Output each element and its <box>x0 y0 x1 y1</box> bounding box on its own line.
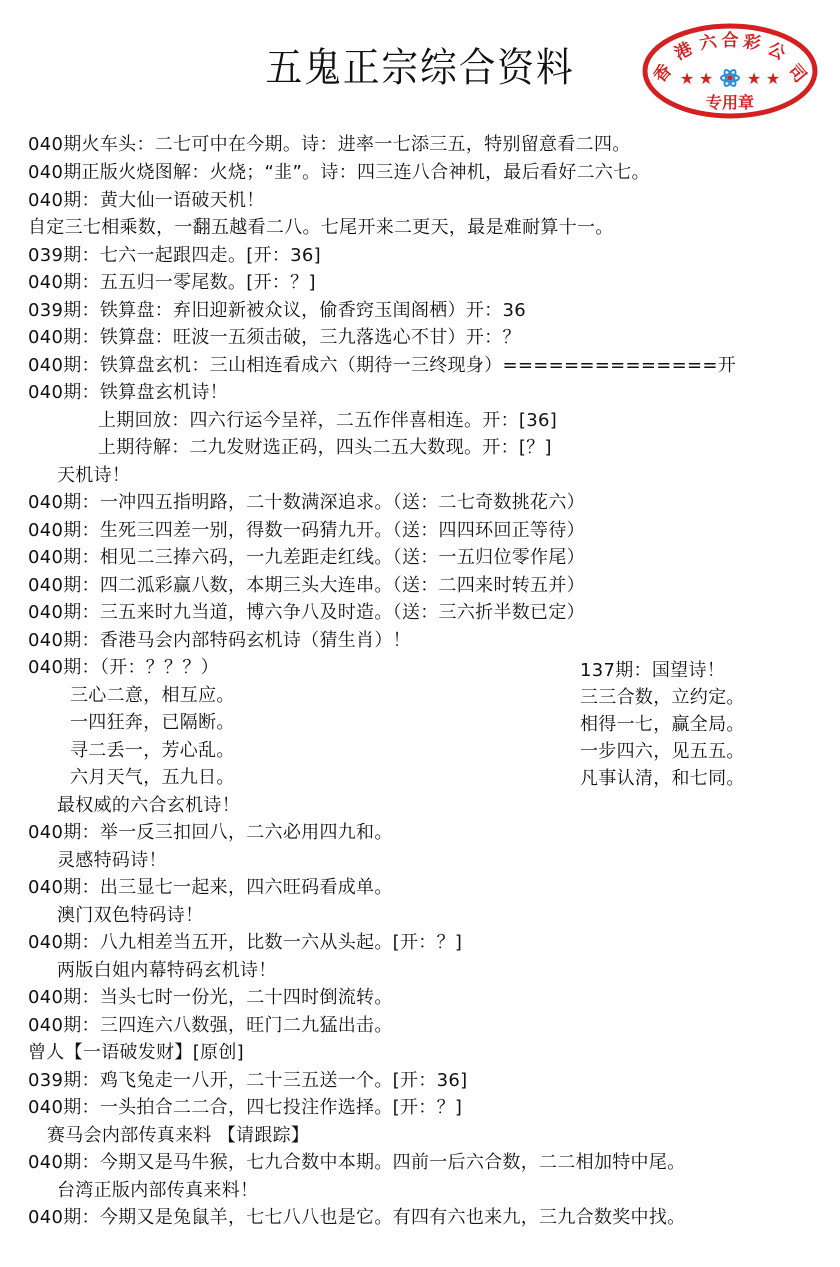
svg-text:公: 公 <box>764 39 788 65</box>
text-line: 灵感特码诗！ <box>57 850 167 872</box>
seal-char: 香 <box>649 60 676 87</box>
text-line: 040期：铁算盘玄机诗！ <box>28 382 228 404</box>
star-icon: ★ <box>680 69 694 88</box>
text-line: 040期：出三显七一起来，四六旺码看成单。 <box>28 877 393 899</box>
svg-text:六: 六 <box>698 32 719 55</box>
star-icon: ★ <box>699 69 713 88</box>
text-line: 三心二意，相互应。 <box>70 685 235 707</box>
text-line: 040期：四二泒彩赢八数，本期三头大连串。（送：二四来时转五并） <box>28 575 585 597</box>
flower-icon <box>721 68 739 87</box>
text-line: 一四狂奔，已隔断。 <box>70 712 235 734</box>
company-seal-stamp: 香 港 六 合 彩 公 司 专用章 ★ ★ ★ ★ <box>641 22 819 120</box>
text-line: 040期：今期又是兔鼠羊，七七八八也是它。有四有六也来九，三九合数奖中找。 <box>28 1207 685 1229</box>
svg-text:合: 合 <box>722 30 739 51</box>
text-line: 040期：香港马会内部特码玄机诗（猜生肖）！ <box>28 630 411 652</box>
text-line: 凡事认清，和七同。 <box>580 768 745 790</box>
text-line: 040期：生死三四差一别，得数一码猜九开。（送：四四环回正等待） <box>28 520 585 542</box>
svg-text:港: 港 <box>671 39 695 65</box>
text-line: 台湾正版内部传真来料！ <box>57 1180 258 1202</box>
text-line: 040期：铁算盘：旺波一五须击破，三九落选心不甘）开：？ <box>28 327 521 349</box>
text-line: 最权威的六合玄机诗！ <box>57 795 240 817</box>
text-line: 六月天气，五九日。 <box>70 767 235 789</box>
seal-icon: 香 港 六 合 彩 公 司 专用章 ★ ★ ★ ★ <box>641 22 819 120</box>
svg-text:专用章: 专用章 <box>706 93 754 112</box>
text-line: 040期：当头七时一份光，二十四时倒流转。 <box>28 987 393 1009</box>
star-icon: ★ <box>766 69 780 88</box>
svg-text:司: 司 <box>784 61 810 87</box>
text-line: 寻二丢一，芳心乱。 <box>70 740 235 762</box>
text-line: 039期：七六一起跟四走。[开：36] <box>28 245 321 267</box>
text-line: 上期回放：四六行运今呈祥，二五作伴喜相连。开：[36] <box>98 410 557 432</box>
text-line: 天机诗！ <box>57 465 130 487</box>
text-line: 赛马会内部传真来料 【请跟踪】 <box>47 1125 309 1147</box>
text-line: 040期：举一反三扣回八，二六必用四九和。 <box>28 822 393 844</box>
text-line: 040期火车头：二七可中在今期。诗：进率一七添三五，特别留意看二四。 <box>28 134 631 156</box>
text-line: 039期：鸡飞兔走一八开，二十三五送一个。[开：36] <box>28 1070 467 1092</box>
text-line: 一步四六，见五五。 <box>580 741 745 763</box>
text-line: 上期待解：二九发财选正码，四头二五大数现。开：[？] <box>98 437 552 459</box>
text-line: 040期：三四连六八数强，旺门二九猛出击。 <box>28 1015 393 1037</box>
text-line: 三三合数，立约定。 <box>580 687 745 709</box>
text-line: 040期：一冲四五指明路，二十数满深追求。（送：二七奇数挑花六） <box>28 492 585 514</box>
text-line: 040期：三五来时九当道，博六争八及时造。（送：三六折半数已定） <box>28 602 585 624</box>
text-line: 曾人【一语破发财】[原创] <box>28 1042 244 1064</box>
text-line: 040期：五五归一零尾数。[开：？] <box>28 272 316 294</box>
text-line: 两版白姐内幕特码玄机诗！ <box>57 960 277 982</box>
text-line: 040期：（开：？？？） <box>28 657 219 679</box>
text-line: 040期：黄大仙一语破天机！ <box>28 190 265 212</box>
text-line: 040期：今期又是马牛猴，七九合数中本期。四前一后六合数，二二相加特中尾。 <box>28 1152 685 1174</box>
text-line: 039期：铁算盘：弃旧迎新被众议，偷香窍玉闺阁栖）开：36 <box>28 300 526 322</box>
star-icon: ★ <box>747 69 761 88</box>
text-line: 自定三七相乘数，一翻五越看二八。七尾开来二更天，最是难耐算十一。 <box>28 217 614 239</box>
text-line: 040期：铁算盘玄机：三山相连看成六（期待一三终现身）=============… <box>28 355 736 377</box>
svg-text:彩: 彩 <box>742 32 762 55</box>
text-line: 137期：国望诗！ <box>580 660 725 682</box>
text-line: 040期：一头拍合二二合，四七投注作选择。[开：？] <box>28 1097 462 1119</box>
text-line: 040期：相见二三捧六码，一九差距走红线。（送：一五归位零作尾） <box>28 547 585 569</box>
text-line: 相得一七，赢全局。 <box>580 714 745 736</box>
text-line: 040期：八九相差当五开，比数一六从头起。[开：？] <box>28 932 462 954</box>
text-line: 澳门双色特码诗！ <box>57 905 203 927</box>
text-line: 040期正版火烧图解：火烧；“韭”。诗：四三连八合神机，最后看好二六七。 <box>28 162 650 184</box>
